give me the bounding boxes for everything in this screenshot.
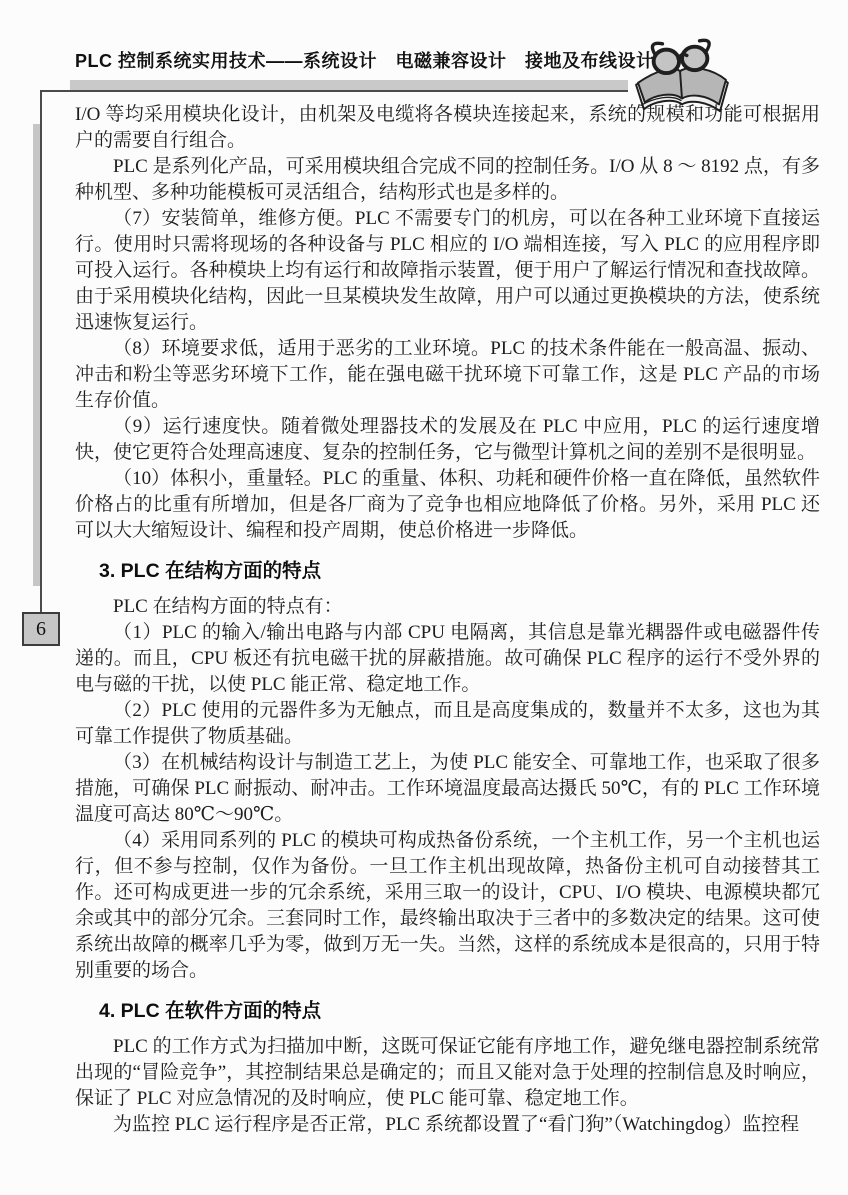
section-heading: 4. PLC 在软件方面的特点 <box>99 998 820 1024</box>
paragraph: I/O 等均采用模块化设计，由机架及电缆将各模块连接起来，系统的规模和功能可根据… <box>75 102 820 154</box>
text-column: I/O 等均采用模块化设计，由机架及电缆将各模块连接起来，系统的规模和功能可根据… <box>75 102 820 1138</box>
paragraph: （3）在机械结构设计与制造工艺上，为使 PLC 能安全、可靠地工作，也采取了很多… <box>75 750 820 828</box>
book-title: PLC 控制系统实用技术——系统设计 电磁兼容设计 接地及布线设计 <box>75 47 655 73</box>
paragraph: （9）运行速度快。随着微处理器技术的发展及在 PLC 中应用，PLC 的运行速度… <box>75 414 820 466</box>
paragraph: （4）采用同系列的 PLC 的模块可构成热备份系统，一个主机工作，另一个主机也运… <box>75 828 820 984</box>
paragraph: PLC 是系列化产品，可采用模块组合完成不同的控制任务。I/O 从 8 ～ 81… <box>75 154 820 206</box>
paragraph: （7）安装简单，维修方便。PLC 不需要专门的机房，可以在各种工业环境下直接运行… <box>75 206 820 336</box>
section-heading: 3. PLC 在结构方面的特点 <box>99 558 820 584</box>
page-number-box: 6 <box>22 612 60 646</box>
paragraph: （1）PLC 的输入/输出电路与内部 CPU 电隔离，其信息是靠光耦器件或电磁器… <box>75 620 820 698</box>
left-border-shadow <box>33 124 40 586</box>
paragraph: （10）体积小，重量轻。PLC 的重量、体积、功耗和硬件价格一直在降低，虽然软件… <box>75 466 820 544</box>
paragraph: （2）PLC 使用的元器件多为无触点，而且是高度集成的，数量并不太多，这也为其可… <box>75 698 820 750</box>
paragraph: 为监控 PLC 运行程序是否正常，PLC 系统都设置了“看门狗”（Watchin… <box>75 1112 820 1138</box>
paragraph: （8）环境要求低，适用于恶劣的工业环境。PLC 的技术条件能在一般高温、振动、冲… <box>75 336 820 414</box>
paragraph: PLC 的工作方式为扫描加中断，这既可保证它能有序地工作，避免继电器控制系统常出… <box>75 1034 820 1112</box>
book-page: PLC 控制系统实用技术——系统设计 电磁兼容设计 接地及布线设计 <box>0 0 848 1195</box>
paragraph: PLC 在结构方面的特点有： <box>75 594 820 620</box>
header-rule <box>40 90 628 92</box>
left-border-rule <box>40 90 42 612</box>
page-number: 6 <box>36 618 46 641</box>
